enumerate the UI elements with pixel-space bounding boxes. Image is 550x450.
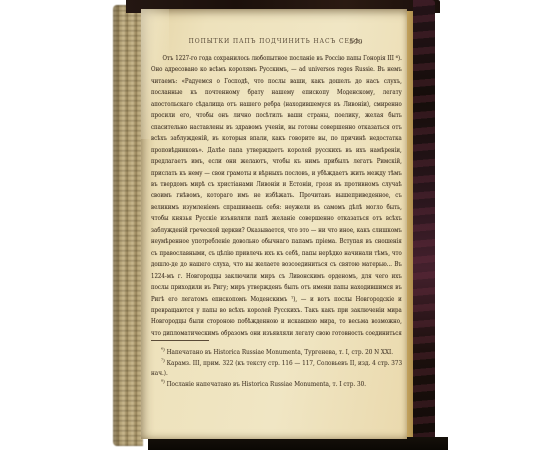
footnote-rule (151, 340, 209, 341)
book-photo: ПОПЫТКИ ПАПЪ ПОДЧИНИТЬ НАСЪ СЕБѢ. 599 От… (0, 0, 550, 450)
book-page: ПОПЫТКИ ПАПЪ ПОДЧИНИТЬ НАСЪ СЕБѢ. 599 От… (141, 9, 407, 439)
footnote: ⁷) Карамз. III, прим. 322 (къ тексту стр… (151, 357, 402, 378)
footnote: ⁶) Напечатано въ Historica Russiae Monum… (151, 346, 402, 357)
footnote: ⁸) Посланіе напечатано въ Historica Russ… (151, 378, 402, 389)
footnote-text: Посланіе напечатано въ Historica Russiae… (167, 381, 366, 388)
footnote-marker: ⁶) (161, 347, 165, 353)
body-text: Отъ 1227-го года сохранилось любопытное … (151, 53, 402, 341)
paragraph-honorius-letter: Отъ 1227-го года сохранилось любопытное … (151, 53, 402, 341)
book-binding-right (413, 0, 435, 447)
left-leaf-edges (113, 5, 143, 446)
footnote-text: Карамз. III, прим. 322 (къ тексту стр. 1… (151, 360, 402, 376)
page-number: 599 (349, 38, 363, 46)
footnotes: ⁶) Напечатано въ Historica Russiae Monum… (151, 346, 402, 392)
footnote-text: Напечатано въ Historica Russiae Monument… (167, 349, 394, 356)
footnote-marker: ⁷) (161, 358, 165, 364)
footnote-marker: ⁸) (161, 379, 165, 385)
